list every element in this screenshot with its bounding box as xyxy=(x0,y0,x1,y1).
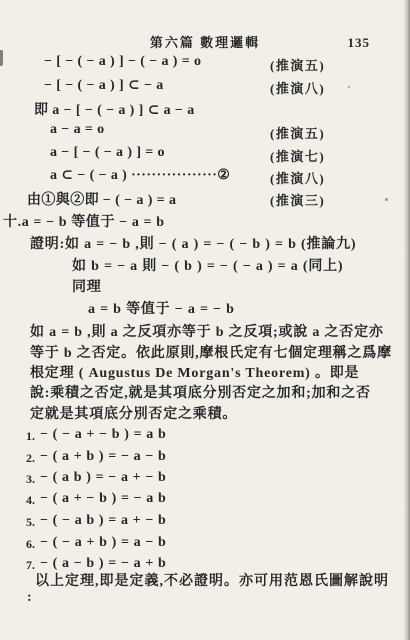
theorem-number: 2. xyxy=(26,451,35,466)
theorem-number: 6. xyxy=(26,537,35,552)
derivation-note: (推演三) xyxy=(270,190,325,209)
ink-smudge xyxy=(0,50,3,66)
closing-line: 以上定理,即是定義,不必證明。亦可用范恩氏圖解說明 xyxy=(35,570,389,590)
theorem-number: 4. xyxy=(26,493,35,508)
derivation-note: (推演五) xyxy=(270,123,325,142)
book-page: 第六篇 數理邏輯 135 − [ − ( − a ) ] − ( − a ) =… xyxy=(0,0,410,640)
theorem-number: 1. xyxy=(26,429,35,444)
paragraph-line: 說:乘積之否定,就是其項底分別否定之加和;加和之否 xyxy=(30,382,371,402)
paragraph-line: 根定理 ( Augustus De Morgan's Theorem) 。即是 xyxy=(30,362,359,382)
theorem-number: 3. xyxy=(26,472,35,487)
paper-speck xyxy=(348,86,350,88)
section-heading: 十.a = − b 等值于 − a = b xyxy=(3,211,165,231)
derivation-formula: a − [ − ( − a ) ] = o xyxy=(50,145,165,161)
proof-line: a = b 等值于 − a = − b xyxy=(88,298,235,318)
paragraph-line: 定就是其項底分別否定之乘積。 xyxy=(30,403,237,423)
theorem-formula: − ( a + − b ) = − a b xyxy=(40,491,166,507)
theorem-formula: − ( − a b ) = a + − b xyxy=(40,513,166,529)
closing-colon: : xyxy=(27,590,33,606)
theorem-formula: − ( − a + b ) = a − b xyxy=(40,535,166,551)
derivation-note: (推演八) xyxy=(270,168,325,187)
page-number: 135 xyxy=(348,35,371,51)
theorem-formula: − ( − a + − b ) = a b xyxy=(40,427,166,443)
derivation-formula: a − a = o xyxy=(50,122,105,138)
proof-line: 如 b = − a 則 − ( b ) = − ( − a ) = a (同上) xyxy=(72,255,343,275)
proof-line: 同理 xyxy=(72,276,102,296)
page-edge-shadow xyxy=(403,0,410,640)
paper-speck xyxy=(385,198,388,201)
paragraph-line: 如 a = b ,則 a 之反項亦等于 b 之反項;或說 a 之否定亦 xyxy=(30,321,384,341)
theorem-number: 7. xyxy=(26,558,35,573)
theorem-formula: − ( a b ) = − a + − b xyxy=(40,470,166,486)
derivation-note: (推演七) xyxy=(270,146,325,165)
proof-line: 證明:如 a = − b ,則 − ( a ) = − ( − b ) = b … xyxy=(30,233,356,253)
derivation-formula: 由①與②即 − ( − a ) = a xyxy=(27,189,176,209)
theorem-formula: − ( a + b ) = − a − b xyxy=(40,449,166,465)
derivation-formula: 即 a − [ − ( − a ) ] ⊂ a − a xyxy=(34,99,195,119)
derivation-formula: − [ − ( − a ) ] − ( − a ) = o xyxy=(44,54,201,70)
derivation-formula: a ⊂ − ( − a ) ·················② xyxy=(50,167,230,184)
theorem-number: 5. xyxy=(26,515,35,530)
derivation-note: (推演八) xyxy=(270,78,325,97)
derivation-formula: − [ − ( − a ) ] ⊂ − a xyxy=(44,77,164,94)
paragraph-line: 等于 b 之否定。依此原則,摩根氏定有七個定理稱之爲摩 xyxy=(30,342,392,362)
derivation-note: (推演五) xyxy=(270,55,325,74)
